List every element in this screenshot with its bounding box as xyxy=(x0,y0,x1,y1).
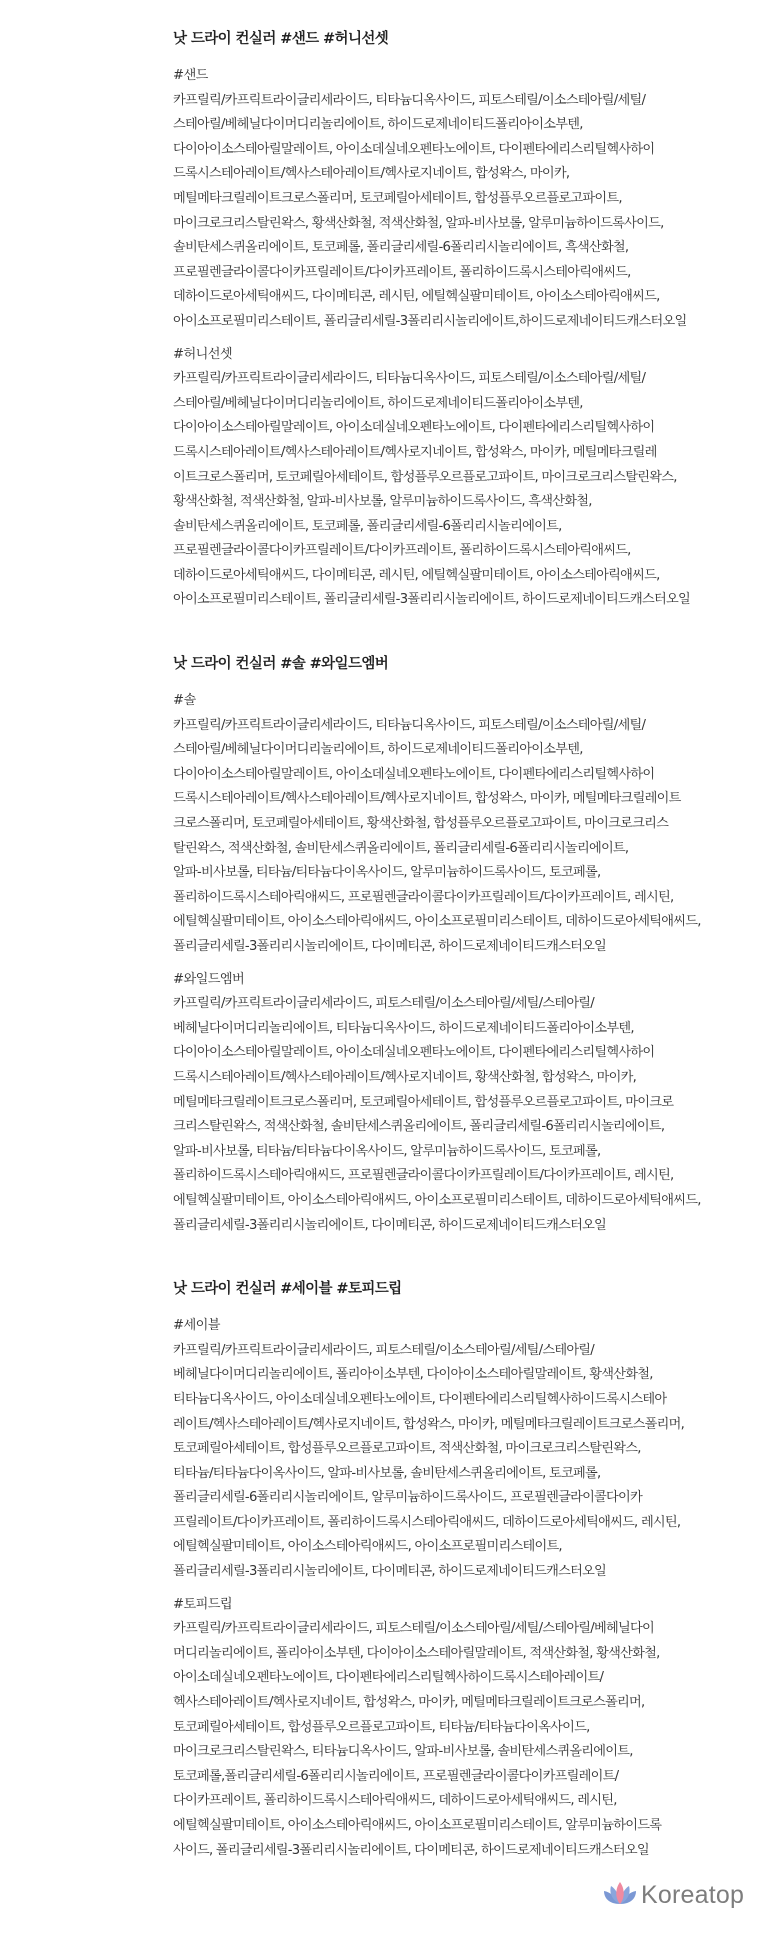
ingredient-line: 티타늄/티타늄다이옥사이드, 알파-비사보롤, 솔비탄세스퀴올리에이트, 토코페… xyxy=(173,1462,773,1487)
ingredient-line: 에틸헥실팔미테이트, 아이소스테아릭애씨드, 아이소프로필미리스테이트, 데하이… xyxy=(173,1189,773,1214)
ingredient-line: 드록시스테아레이트/헥사스테아레이트/헥사로지네이트, 합성왁스, 마이카, 메… xyxy=(173,787,773,812)
product-title: 낫 드라이 컨실러 #솔 #와일드엠버 xyxy=(173,653,773,675)
product-section: 낫 드라이 컨실러 #솔 #와일드엠버#솔카프릴릭/카프릭트라이글리세라이드, … xyxy=(173,653,773,1238)
ingredient-line: 드록시스테아레이트/헥사스테아레이트/헥사로지네이트, 합성왁스, 마이카, 메… xyxy=(173,441,773,466)
ingredient-line: 알파-비사보롤, 티타늄/티타늄다이옥사이드, 알루미늄하이드록사이드, 토코페… xyxy=(173,1140,773,1165)
ingredient-line: 다이아이소스테아릴말레이트, 아이소데실네오펜타노에이트, 다이펜타에리스리틸헥… xyxy=(173,763,773,788)
ingredient-line: 폴리하이드록시스테아릭애씨드, 프로필렌글라이콜다이카프릴레이트/다이카프레이트… xyxy=(173,1164,773,1189)
ingredient-line: 데하이드로아세틱애씨드, 다이메티콘, 레시틴, 에틸헥실팔미테이트, 아이소스… xyxy=(173,564,773,589)
shade-label: #샌드 xyxy=(173,64,773,89)
shade-label: #토피드립 xyxy=(173,1593,773,1618)
ingredient-line: 데하이드로아세틱애씨드, 다이메티콘, 레시틴, 에틸헥실팔미테이트, 아이소스… xyxy=(173,285,773,310)
ingredient-line: 다이아이소스테아릴말레이트, 아이소데실네오펜타노에이트, 다이펜타에리스리틸헥… xyxy=(173,138,773,163)
ingredient-line: 사이드, 폴리글리세릴-3폴리리시놀리에이트, 다이메티콘, 하이드로제네이티드… xyxy=(173,1839,773,1864)
koreatop-logo: Koreatop xyxy=(603,1880,744,1910)
shade-label: #세이블 xyxy=(173,1314,773,1339)
ingredient-line: 레이트/헥사스테아레이트/헥사로지네이트, 합성왁스, 마이카, 메틸메타크릴레… xyxy=(173,1413,773,1438)
ingredient-line: 마이크로크리스탈린왁스, 티타늄디옥사이드, 알파-비사보롤, 솔비탄세스퀴올리… xyxy=(173,1740,773,1765)
logo-text: Koreatop xyxy=(641,1881,744,1910)
ingredient-line: 카프릴릭/카프릭트라이글리세라이드, 티타늄디옥사이드, 피토스테릴/이소스테아… xyxy=(173,367,773,392)
ingredient-line: 솔비탄세스퀴올리에이트, 토코페롤, 폴리글리세릴-6폴리리시놀리에이트, xyxy=(173,515,773,540)
shade-block: #토피드립카프릴릭/카프릭트라이글리세라이드, 피토스테릴/이소스테아릴/세틸/… xyxy=(173,1593,773,1864)
shade-block: #허니선셋카프릴릭/카프릭트라이글리세라이드, 티타늄디옥사이드, 피토스테릴/… xyxy=(173,343,773,614)
ingredient-line: 에틸헥실팔미테이트, 아이소스테아릭애씨드, 아이소프로필미리스테이트, 데하이… xyxy=(173,910,773,935)
ingredient-line: 크로스폴리머, 토코페릴아세테이트, 황색산화철, 합성플루오르플로고파이트, … xyxy=(173,812,773,837)
ingredient-line: 베헤닐다이머디리놀리에이트, 티타늄디옥사이드, 하이드로제네이티드폴리아이소부… xyxy=(173,1017,773,1042)
ingredient-line: 카프릴릭/카프릭트라이글리세라이드, 피토스테릴/이소스테아릴/세틸/스테아릴/ xyxy=(173,1339,773,1364)
ingredient-line: 메틸메타크릴레이트크로스폴리머, 토코페릴아세테이트, 합성플루오르플로고파이트… xyxy=(173,187,773,212)
ingredient-line: 폴리글리세릴-3폴리리시놀리에이트, 다이메티콘, 하이드로제네이티드캐스터오일 xyxy=(173,1214,773,1239)
ingredient-line: 다이아이소스테아릴말레이트, 아이소데실네오펜타노에이트, 다이펜타에리스리틸헥… xyxy=(173,1041,773,1066)
shade-block: #솔카프릴릭/카프릭트라이글리세라이드, 티타늄디옥사이드, 피토스테릴/이소스… xyxy=(173,689,773,960)
ingredient-line: 토코페롤,폴리글리세릴-6폴리리시놀리에이트, 프로필렌글라이콜다이카프릴레이트… xyxy=(173,1765,773,1790)
ingredient-line: 드록시스테아레이트/헥사스테아레이트/헥사로지네이트, 합성왁스, 마이카, xyxy=(173,162,773,187)
shade-block: #샌드카프릴릭/카프릭트라이글리세라이드, 티타늄디옥사이드, 피토스테릴/이소… xyxy=(173,64,773,335)
ingredient-line: 카프릴릭/카프릭트라이글리세라이드, 피토스테릴/이소스테아릴/세틸/스테아릴/… xyxy=(173,1617,773,1642)
product-section: 낫 드라이 컨실러 #샌드 #허니선셋#샌드카프릴릭/카프릭트라이글리세라이드,… xyxy=(173,28,773,613)
ingredient-line: 다이카프레이트, 폴리하이드록시스테아릭애씨드, 데하이드로아세틱애씨드, 레시… xyxy=(173,1789,773,1814)
ingredient-line: 알파-비사보롤, 티타늄/티타늄다이옥사이드, 알루미늄하이드록사이드, 토코페… xyxy=(173,861,773,886)
ingredient-line: 프릴레이트/다이카프레이트, 폴리하이드록시스테아릭애씨드, 데하이드로아세틱애… xyxy=(173,1511,773,1536)
shade-label: #와일드엠버 xyxy=(173,968,773,993)
ingredient-line: 드록시스테아레이트/헥사스테아레이트/헥사로지네이트, 황색산화철, 합성왁스,… xyxy=(173,1066,773,1091)
ingredient-line: 베헤닐다이머디리놀리에이트, 폴리아이소부텐, 다이아이소스테아릴말레이트, 황… xyxy=(173,1363,773,1388)
shade-label: #솔 xyxy=(173,689,773,714)
product-section: 낫 드라이 컨실러 #세이블 #토피드립#세이블카프릴릭/카프릭트라이글리세라이… xyxy=(173,1278,773,1863)
lotus-icon xyxy=(603,1880,637,1910)
ingredient-line: 카프릴릭/카프릭트라이글리세라이드, 티타늄디옥사이드, 피토스테릴/이소스테아… xyxy=(173,89,773,114)
ingredient-line: 아이소데실네오펜타노에이트, 다이펜타에리스리틸헥사하이드록시스테아레이트/ xyxy=(173,1666,773,1691)
ingredient-line: 헥사스테아레이트/헥사로지네이트, 합성왁스, 마이카, 메틸메타크릴레이트크로… xyxy=(173,1691,773,1716)
shade-block: #세이블카프릴릭/카프릭트라이글리세라이드, 피토스테릴/이소스테아릴/세틸/스… xyxy=(173,1314,773,1585)
ingredient-line: 폴리하이드록시스테아릭애씨드, 프로필렌글라이콜다이카프릴레이트/다이카프레이트… xyxy=(173,886,773,911)
ingredient-line: 카프릴릭/카프릭트라이글리세라이드, 티타늄디옥사이드, 피토스테릴/이소스테아… xyxy=(173,714,773,739)
ingredient-line: 솔비탄세스퀴올리에이트, 토코페롤, 폴리글리세릴-6폴리리시놀리에이트, 흑색… xyxy=(173,236,773,261)
ingredient-line: 스테아릴/베헤닐다이머디리놀리에이트, 하이드로제네이티드폴리아이소부텐, xyxy=(173,738,773,763)
ingredient-line: 폴리글리세릴-3폴리리시놀리에이트, 다이메티콘, 하이드로제네이티드캐스터오일 xyxy=(173,1560,773,1585)
ingredient-line: 메틸메타크릴레이트크로스폴리머, 토코페릴아세테이트, 합성플루오르플로고파이트… xyxy=(173,1091,773,1116)
ingredient-line: 폴리글리세릴-3폴리리시놀리에이트, 다이메티콘, 하이드로제네이티드캐스터오일 xyxy=(173,935,773,960)
ingredient-line: 카프릴릭/카프릭트라이글리세라이드, 피토스테릴/이소스테아릴/세틸/스테아릴/ xyxy=(173,992,773,1017)
ingredient-line: 마이크로크리스탈린왁스, 황색산화철, 적색산화철, 알파-비사보롤, 알루미늄… xyxy=(173,212,773,237)
ingredient-line: 스테아릴/베헤닐다이머디리놀리에이트, 하이드로제네이티드폴리아이소부텐, xyxy=(173,113,773,138)
ingredient-line: 폴리글리세릴-6폴리리시놀리에이트, 알루미늄하이드록사이드, 프로필렌글라이콜… xyxy=(173,1486,773,1511)
ingredient-line: 티타늄디옥사이드, 아이소데실네오펜타노에이트, 다이펜타에리스리틸헥사하이드록… xyxy=(173,1388,773,1413)
ingredient-line: 프로필렌글라이콜다이카프릴레이트/다이카프레이트, 폴리하이드록시스테아릭애씨드… xyxy=(173,261,773,286)
ingredient-line: 이트크로스폴리머, 토코페릴아세테이트, 합성플루오르플로고파이트, 마이크로크… xyxy=(173,466,773,491)
ingredient-line: 머디리놀리에이트, 폴리아이소부텐, 다이아이소스테아릴말레이트, 적색산화철,… xyxy=(173,1642,773,1667)
ingredient-line: 크리스탈린왁스, 적색산화철, 솔비탄세스퀴올리에이트, 폴리글리세릴-6폴리리… xyxy=(173,1115,773,1140)
ingredient-document: 낫 드라이 컨실러 #샌드 #허니선셋#샌드카프릴릭/카프릭트라이글리세라이드,… xyxy=(173,28,773,1903)
product-title: 낫 드라이 컨실러 #샌드 #허니선셋 xyxy=(173,28,773,50)
ingredient-line: 에틸헥실팔미테이트, 아이소스테아릭애씨드, 아이소프로필미리스테이트, 알루미… xyxy=(173,1814,773,1839)
ingredient-line: 다이아이소스테아릴말레이트, 아이소데실네오펜타노에이트, 다이펜타에리스리틸헥… xyxy=(173,416,773,441)
ingredient-line: 프로필렌글라이콜다이카프릴레이트/다이카프레이트, 폴리하이드록시스테아릭애씨드… xyxy=(173,539,773,564)
product-title: 낫 드라이 컨실러 #세이블 #토피드립 xyxy=(173,1278,773,1300)
shade-block: #와일드엠버카프릴릭/카프릭트라이글리세라이드, 피토스테릴/이소스테아릴/세틸… xyxy=(173,968,773,1239)
ingredient-line: 토코페릴아세테이트, 합성플루오르플로고파이트, 적색산화철, 마이크로크리스탈… xyxy=(173,1437,773,1462)
ingredient-line: 아이소프로필미리스테이트, 폴리글리세릴-3폴리리시놀리에이트,하이드로제네이티… xyxy=(173,310,773,335)
ingredient-line: 황색산화철, 적색산화철, 알파-비사보롤, 알루미늄하이드록사이드, 흑색산화… xyxy=(173,490,773,515)
ingredient-line: 토코페릴아세테이트, 합성플루오르플로고파이트, 티타늄/티타늄다이옥사이드, xyxy=(173,1716,773,1741)
ingredient-line: 탈린왁스, 적색산화철, 솔비탄세스퀴올리에이트, 폴리글리세릴-6폴리리시놀리… xyxy=(173,837,773,862)
ingredient-line: 에틸헥실팔미테이트, 아이소스테아릭애씨드, 아이소프로필미리스테이트, xyxy=(173,1535,773,1560)
ingredient-line: 아이소프로필미리스테이트, 폴리글리세릴-3폴리리시놀리에이트, 하이드로제네이… xyxy=(173,588,773,613)
ingredient-line: 스테아릴/베헤닐다이머디리놀리에이트, 하이드로제네이티드폴리아이소부텐, xyxy=(173,392,773,417)
shade-label: #허니선셋 xyxy=(173,343,773,368)
